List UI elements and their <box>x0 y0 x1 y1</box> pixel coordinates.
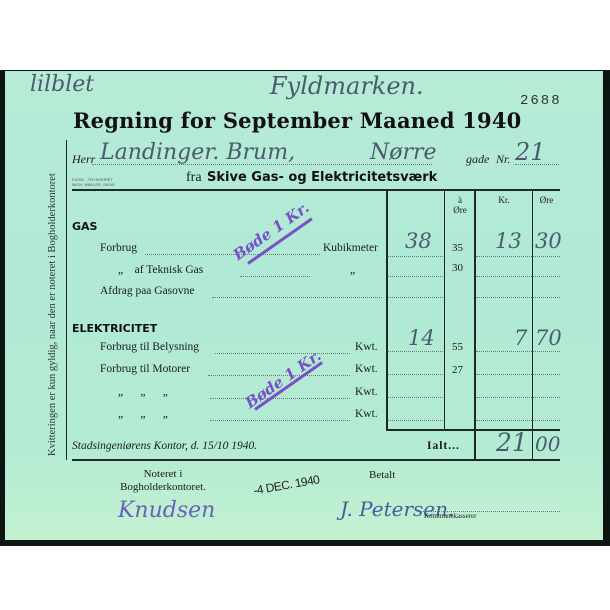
cell-line <box>388 351 443 352</box>
total-bottom-rule <box>72 459 560 461</box>
row-label: „ af Teknisk Gas <box>118 264 203 276</box>
row-ore: 30 <box>535 229 562 253</box>
row-unit-price: 35 <box>452 242 463 254</box>
side-note: Kvitteringen er kun gyldig, naar den er … <box>47 173 58 456</box>
cell-line <box>388 420 443 421</box>
section-heading-elektricitet: ELEKTRICITET <box>72 322 157 335</box>
noted-line-1: Noteret i <box>108 468 218 481</box>
paid-label: Betalt <box>369 469 395 481</box>
table-bottom-rule <box>386 429 560 431</box>
noted-line-2: Bogholderkontoret. <box>108 481 218 494</box>
row-qty: 38 <box>405 229 432 253</box>
cell-line <box>388 256 443 257</box>
serial-number: 2688 <box>520 93 562 109</box>
kr-header: Kr. <box>476 195 532 205</box>
row-label: Forbrug til Belysning <box>100 341 199 353</box>
side-note-rule <box>66 140 67 460</box>
cell-line <box>476 297 560 298</box>
total-kr: 21 <box>496 428 528 457</box>
row-label: „ „ „ <box>118 408 168 420</box>
cell-line <box>476 420 560 421</box>
printer-mark: KIOSK - TRYKKERIET MICH. MØLLER, SKIVE <box>72 177 115 187</box>
addressee-name: Landinger. Brum, <box>100 140 295 165</box>
leader-dots <box>240 276 310 277</box>
row-unit-price: 55 <box>452 341 463 353</box>
row-label: Forbrug <box>100 242 137 254</box>
cell-line <box>388 397 443 398</box>
unit-price-header-a: à <box>446 195 474 205</box>
row-label: Afdrag paa Gasovne <box>100 285 195 297</box>
invoice-paper <box>5 71 603 540</box>
table-top-rule <box>72 189 560 191</box>
row-label: „ „ „ <box>118 386 168 398</box>
leader-dots <box>215 353 350 354</box>
number-label: Nr. <box>496 152 510 167</box>
row-unit-price: 27 <box>452 364 463 376</box>
noted-label: Noteret i Bogholderkontoret. <box>108 468 218 494</box>
row-qty: 14 <box>408 326 435 350</box>
from-prefix: fra <box>186 170 202 186</box>
handwritten-note-left: lilblet <box>30 72 94 97</box>
ore-header: Øre <box>533 195 560 205</box>
leader-dots <box>210 420 350 421</box>
bookkeeper-signature: Knudsen <box>118 498 215 523</box>
office-date-line: Stadsingeniørens Kontor, d. 15/10 1940. <box>72 440 257 452</box>
row-unit: Kwt. <box>355 408 378 420</box>
row-kr: 13 <box>495 229 522 253</box>
cell-line <box>476 351 560 352</box>
row-kr: 7 <box>514 326 527 350</box>
cell-line <box>388 374 443 375</box>
handwritten-note-center: Fyldmarken. <box>270 72 424 100</box>
section-heading-gas: GAS <box>72 220 97 233</box>
printer-mark-line-2: MICH. MØLLER, SKIVE <box>72 182 115 187</box>
row-label: Forbrug til Motorer <box>100 363 190 375</box>
row-unit: Kubikmeter <box>323 242 378 254</box>
row-ore: 70 <box>535 326 562 350</box>
cell-line <box>476 397 560 398</box>
number-line <box>515 164 559 165</box>
row-unit-price: 30 <box>452 262 463 274</box>
unit-price-header: à Øre <box>446 195 474 215</box>
row-unit: Kwt. <box>355 386 378 398</box>
total-label: Ialt... <box>427 440 460 452</box>
cell-line <box>476 276 560 277</box>
street-suffix: gade <box>466 152 489 167</box>
leader-dots <box>212 297 382 298</box>
cell-line <box>476 256 560 257</box>
addressee-street: Nørre <box>370 140 437 165</box>
page-title: Regning for September Maaned 1940 <box>73 108 521 133</box>
row-unit: „ <box>350 264 355 276</box>
cell-line <box>388 276 443 277</box>
total-ore: 00 <box>535 432 560 456</box>
col-divider-price <box>444 191 445 430</box>
cashier-label: Kommunekasserer <box>424 512 476 520</box>
addressee-number: 21 <box>515 138 546 166</box>
row-unit: Kwt. <box>355 363 378 375</box>
row-unit: Kwt. <box>355 341 378 353</box>
cell-line <box>476 374 560 375</box>
issuer-name: Skive Gas- og Elektricitetsværk <box>207 170 437 185</box>
col-divider-qty <box>386 191 388 430</box>
unit-price-header-ore: Øre <box>446 205 474 215</box>
leader-dots <box>210 398 350 399</box>
cell-line <box>388 297 443 298</box>
